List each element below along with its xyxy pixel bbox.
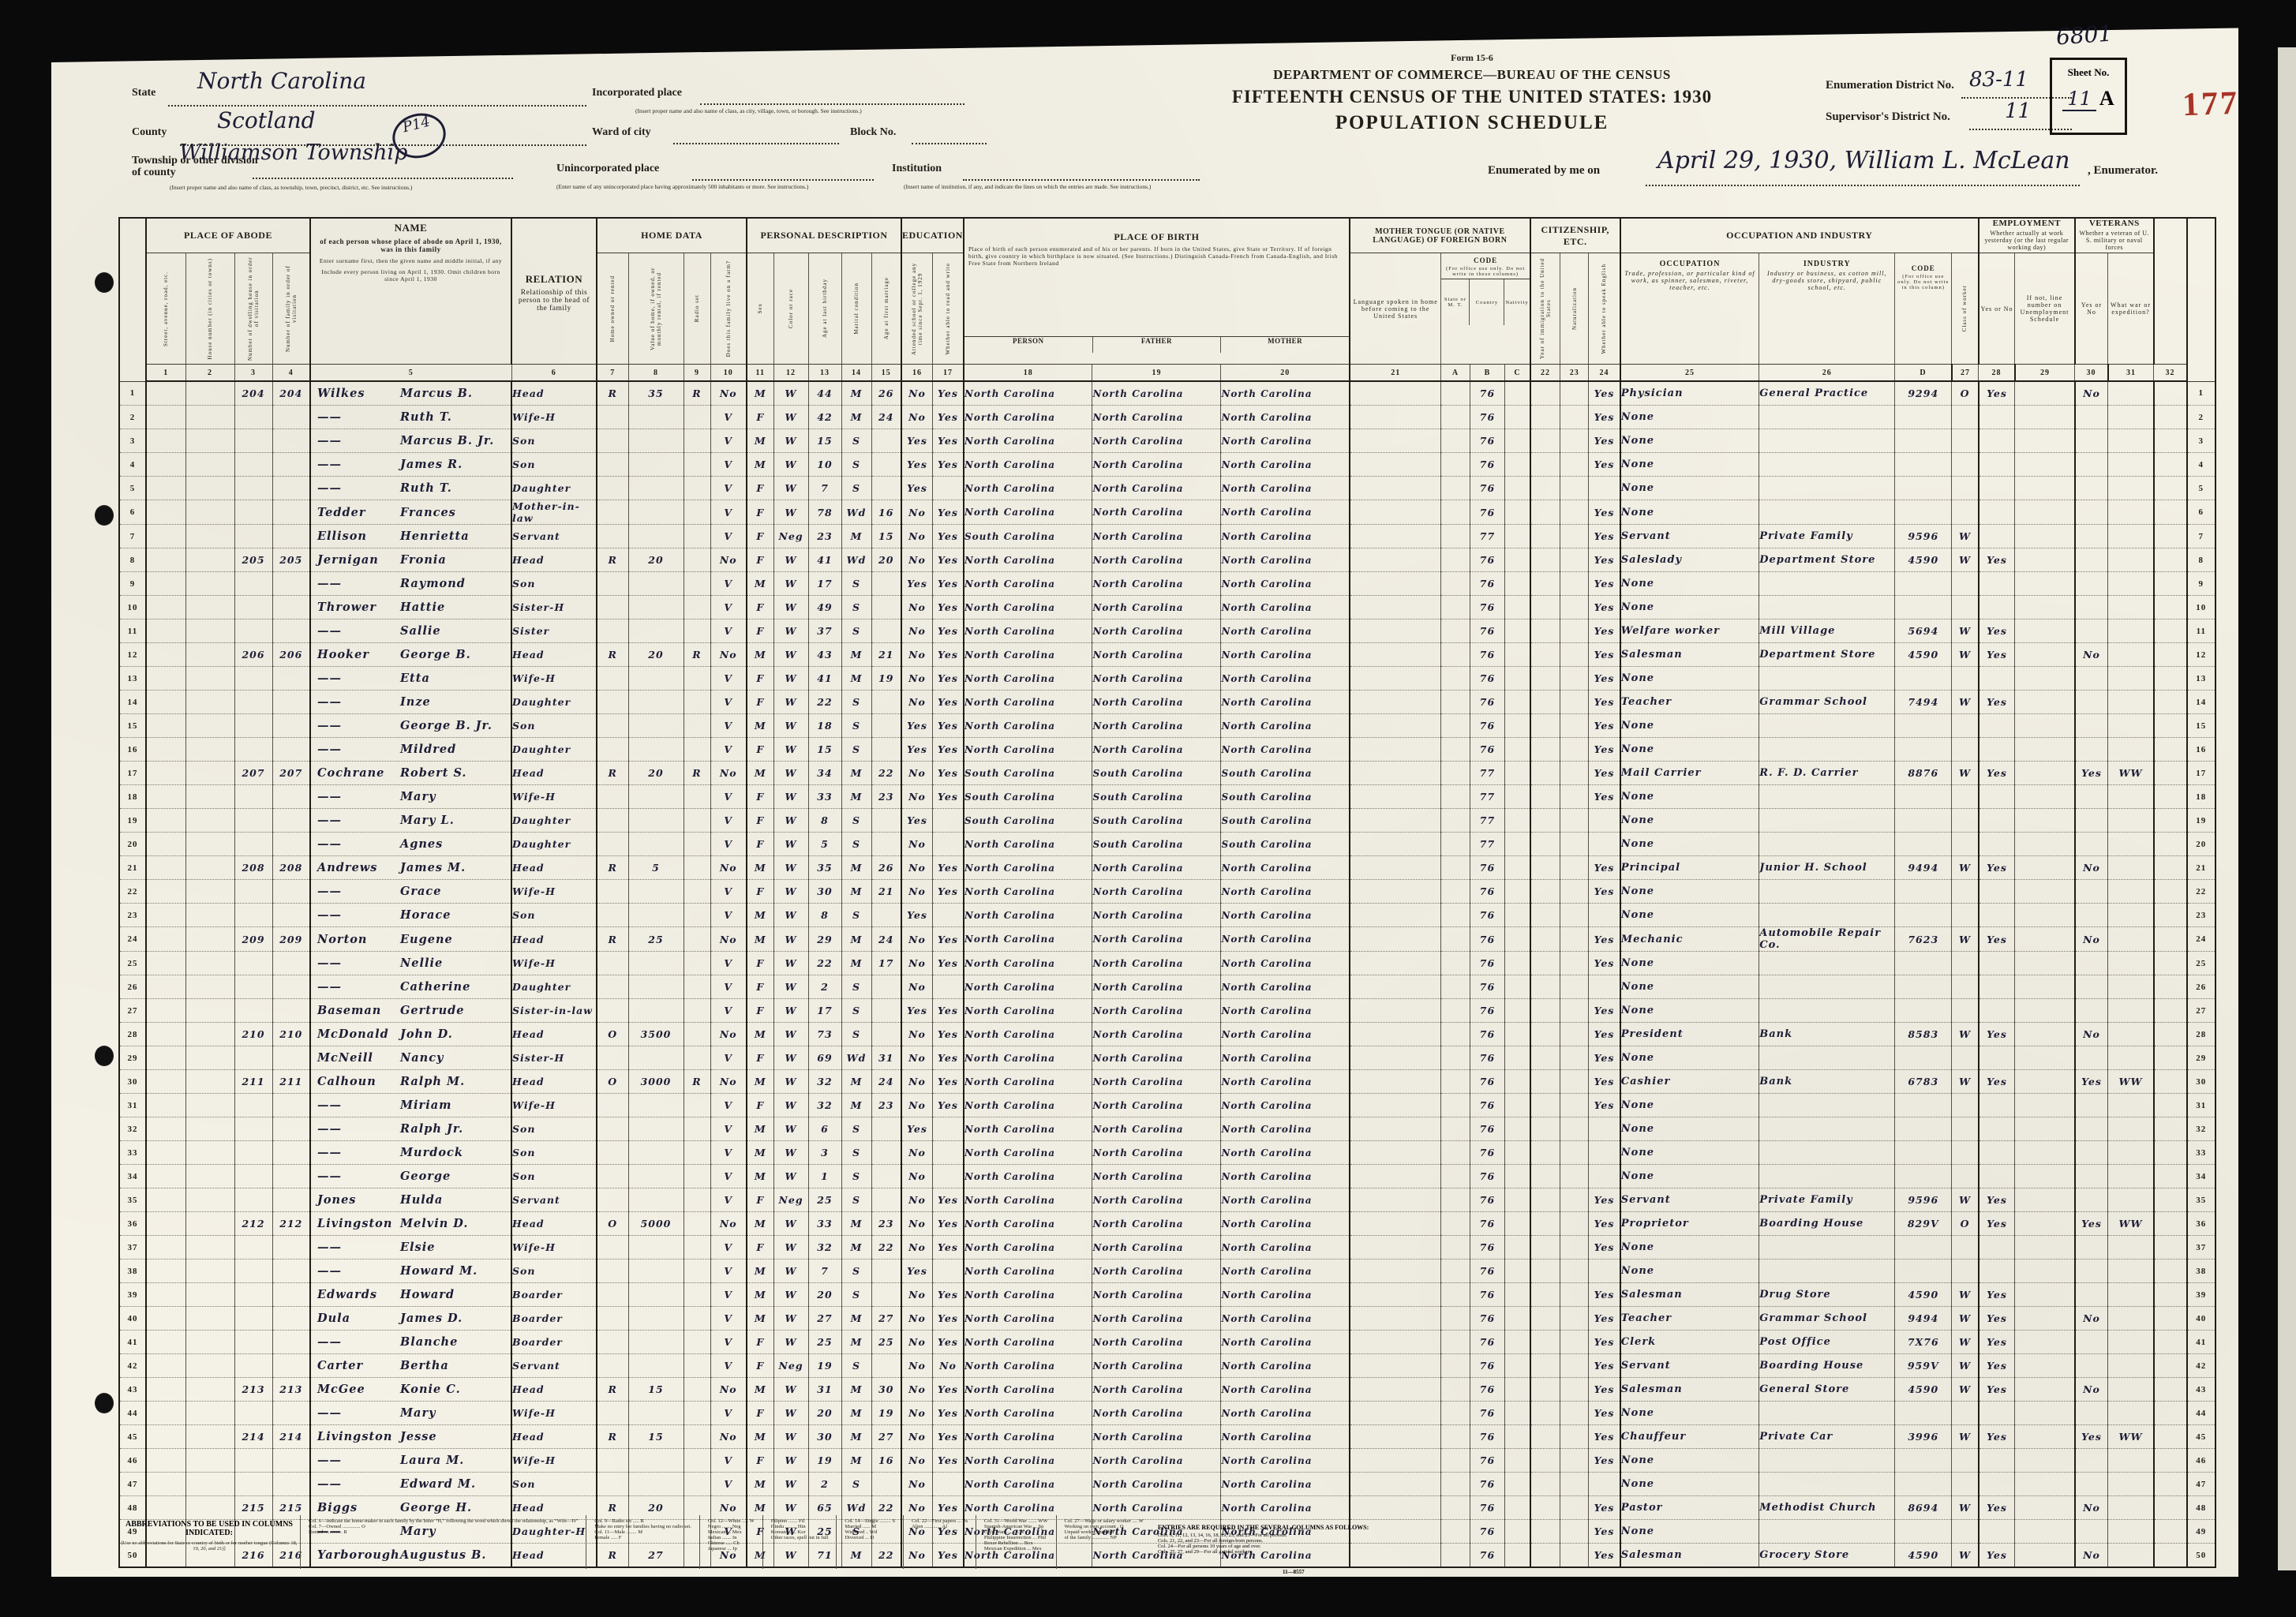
cell: Head [511, 381, 597, 406]
cell [1895, 1117, 1952, 1141]
cell [1979, 738, 2015, 762]
cell: None [1620, 833, 1759, 856]
cell [1530, 596, 1560, 619]
cell: North Carolina [1221, 1141, 1350, 1165]
cell: F [747, 880, 773, 904]
cell [1895, 1141, 1952, 1165]
cell [597, 999, 628, 1023]
cell: 208 [272, 856, 310, 880]
cell: 76 [1470, 572, 1505, 596]
cell [1530, 952, 1560, 975]
cell: Private Family [1759, 525, 1895, 548]
cell [2075, 525, 2108, 548]
cell: North Carolina [964, 572, 1092, 596]
cell: 2 [119, 406, 146, 429]
cell: Mechanic [1620, 927, 1759, 952]
cell: No [2075, 1378, 2108, 1402]
schedule-title: POPULATION SCHEDULE [1077, 112, 1867, 134]
cell: ——Howard M. [310, 1260, 511, 1283]
cell [2075, 1236, 2108, 1260]
cell: 44 [808, 381, 841, 406]
cell: W [773, 1212, 808, 1236]
cell: 7X76 [1895, 1331, 1952, 1354]
cell: North Carolina [1221, 856, 1350, 880]
cell [1895, 572, 1952, 596]
cell [185, 1425, 234, 1449]
cell [2075, 1046, 2108, 1070]
cell [234, 667, 272, 691]
cell: 77 [1470, 833, 1505, 856]
cell: Yes [901, 1260, 932, 1283]
cell: 35 [808, 856, 841, 880]
cell: 27 [119, 999, 146, 1023]
cell [234, 1283, 272, 1307]
cell: Son [511, 1165, 597, 1188]
cell [2015, 1260, 2075, 1283]
cell [1350, 1117, 1441, 1141]
cell [1759, 714, 1895, 738]
cell: 27 [2187, 999, 2215, 1023]
cell: M [747, 453, 773, 477]
cell [185, 429, 234, 453]
cell: Boarder [511, 1307, 597, 1331]
cell [1350, 833, 1441, 856]
cell [1350, 762, 1441, 785]
cell: Wife-H [511, 785, 597, 809]
cell: 9596 [1895, 525, 1952, 548]
cell [684, 856, 710, 880]
cell: None [1620, 1117, 1759, 1141]
cell [628, 500, 684, 525]
cell: 76 [1470, 999, 1505, 1023]
cell: M [747, 1165, 773, 1188]
township-line [253, 177, 513, 179]
cell [1505, 785, 1530, 809]
cell: Wd [841, 1046, 871, 1070]
cell [1560, 1188, 1589, 1212]
cell: North Carolina [1221, 1354, 1350, 1378]
cell: 77 [1470, 762, 1505, 785]
cell [1560, 477, 1589, 500]
cell: No [901, 975, 932, 999]
cell: North Carolina [1092, 714, 1221, 738]
cell: 9494 [1895, 1307, 1952, 1331]
cell [1895, 1165, 1952, 1188]
cell: R [684, 381, 710, 406]
cell: North Carolina [964, 477, 1092, 500]
cell: 37 [2187, 1236, 2215, 1260]
cell: 76 [1470, 1094, 1505, 1117]
cell: 5 [2187, 477, 2215, 500]
column-number: 25 [1620, 365, 1759, 382]
cell: O [1952, 1212, 1979, 1236]
cell: 7 [808, 1260, 841, 1283]
cell [871, 738, 901, 762]
cell: Yes [1589, 1094, 1620, 1117]
cell [1895, 1402, 1952, 1425]
cell [597, 406, 628, 429]
census-row: 13——EttaWife-HVFW41M19NoYesNorth Carolin… [119, 667, 2215, 691]
cell [2015, 1449, 2075, 1473]
cell: 21 [2187, 856, 2215, 880]
cell [2154, 1473, 2187, 1496]
cell [1560, 1141, 1589, 1165]
cell [871, 1023, 901, 1046]
cell: Teacher [1620, 691, 1759, 714]
cell [2108, 1188, 2154, 1212]
cell: No [901, 1188, 932, 1212]
col-naturalization: Naturalization [1560, 253, 1589, 365]
cell [1530, 1023, 1560, 1046]
cell: W [773, 880, 808, 904]
cell [1505, 1307, 1530, 1331]
cell: South Carolina [1092, 785, 1221, 809]
cell: 76 [1470, 453, 1505, 477]
cell: McDonaldJohn D. [310, 1023, 511, 1046]
cell: 73 [808, 1023, 841, 1046]
cell: ——George [310, 1165, 511, 1188]
cell [1560, 1331, 1589, 1354]
cell [1979, 1141, 2015, 1165]
cell: North Carolina [1092, 1378, 1221, 1402]
cell: 16 [871, 1449, 901, 1473]
cell: 10 [808, 453, 841, 477]
cell: S [841, 1283, 871, 1307]
cell: North Carolina [1221, 1425, 1350, 1449]
cell [1952, 1117, 1979, 1141]
cell [2154, 1094, 2187, 1117]
cell [1350, 619, 1441, 643]
cell [597, 1283, 628, 1307]
cell [628, 809, 684, 833]
cell: Daughter [511, 477, 597, 500]
cell: 33 [808, 1212, 841, 1236]
cell [185, 833, 234, 856]
cell: No [2075, 856, 2108, 880]
cell: Yes [932, 1378, 963, 1402]
cell [234, 1449, 272, 1473]
cell: R [597, 856, 628, 880]
cell: 1 [808, 1165, 841, 1188]
cell: North Carolina [1221, 596, 1350, 619]
cell: North Carolina [964, 927, 1092, 952]
cell: None [1620, 406, 1759, 429]
cell: 31 [808, 1378, 841, 1402]
cell: M [747, 1023, 773, 1046]
cell [234, 975, 272, 999]
cell [2108, 927, 2154, 952]
cell [185, 1354, 234, 1378]
cell: S [841, 453, 871, 477]
cell: Yes [1979, 856, 2015, 880]
cell [1350, 667, 1441, 691]
cell [1979, 880, 2015, 904]
cell: 22 [871, 1236, 901, 1260]
census-title: FIFTEENTH CENSUS OF THE UNITED STATES: 1… [1077, 87, 1867, 107]
cell [2075, 453, 2108, 477]
cell: No [901, 1023, 932, 1046]
cell [2015, 572, 2075, 596]
cell: Yes [1589, 525, 1620, 548]
census-row: 24209209NortonEugeneHeadR25NoMW29M24NoYe… [119, 927, 2215, 952]
cell [1759, 406, 1895, 429]
cell [1505, 1425, 1530, 1449]
cell [684, 500, 710, 525]
cell: General Store [1759, 1378, 1895, 1402]
cell: 76 [1470, 880, 1505, 904]
col-age: Age at last birthday [808, 253, 841, 365]
cell: 11 [119, 619, 146, 643]
cell: No [901, 1473, 932, 1496]
cell: North Carolina [1092, 596, 1221, 619]
cell: W [1952, 856, 1979, 880]
cell: F [747, 738, 773, 762]
cell [1759, 429, 1895, 453]
cell: North Carolina [964, 643, 1092, 667]
cell: W [773, 1141, 808, 1165]
cell: 211 [234, 1070, 272, 1094]
cell [1589, 477, 1620, 500]
cell: S [841, 1260, 871, 1283]
cell [2015, 856, 2075, 880]
cell: South Carolina [1221, 809, 1350, 833]
cell [2015, 738, 2075, 762]
cell: 212 [234, 1212, 272, 1236]
cell [1759, 785, 1895, 809]
cell [1589, 1165, 1620, 1188]
cell: 19 [871, 667, 901, 691]
punch-hole [95, 1393, 114, 1413]
cell [628, 691, 684, 714]
cell [684, 596, 710, 619]
cell [1560, 1165, 1589, 1188]
cell [146, 596, 185, 619]
cell [1350, 714, 1441, 738]
cell: 33 [808, 785, 841, 809]
cell: 7 [808, 477, 841, 500]
cell [2075, 1331, 2108, 1354]
census-row: 9——RaymondSonVMW17SYesYesNorth CarolinaN… [119, 572, 2215, 596]
cell: W [1952, 643, 1979, 667]
cell [1441, 1331, 1470, 1354]
cell [597, 1117, 628, 1141]
cell [1560, 643, 1589, 667]
cell: Yes [1589, 1188, 1620, 1212]
cell [1441, 1425, 1470, 1449]
cell [146, 477, 185, 500]
cell [185, 1283, 234, 1307]
cell [597, 1094, 628, 1117]
cell [597, 1402, 628, 1425]
cell [1441, 619, 1470, 643]
group-mother-tongue: MOTHER TONGUE (OR NATIVE LANGUAGE) OF FO… [1350, 218, 1530, 253]
cell: Head [511, 643, 597, 667]
cell: North Carolina [1221, 619, 1350, 643]
cell: None [1620, 809, 1759, 833]
cell [2075, 809, 2108, 833]
cell: M [841, 1236, 871, 1260]
cell [597, 596, 628, 619]
cell: None [1620, 477, 1759, 500]
cell: 76 [1470, 1165, 1505, 1188]
cell: Wife-H [511, 1094, 597, 1117]
cell: S [841, 596, 871, 619]
cell: WW [2108, 1070, 2154, 1094]
cell [597, 429, 628, 453]
cell: Welfare worker [1620, 619, 1759, 643]
cell: Boarder [511, 1283, 597, 1307]
cell [2108, 1473, 2154, 1496]
cell: 76 [1470, 904, 1505, 927]
cell: 76 [1470, 643, 1505, 667]
cell: Yes [1979, 1307, 2015, 1331]
col-dwelling-number: Number of dwelling house in order of vis… [234, 253, 272, 365]
cell: Yes [932, 453, 963, 477]
cell [2108, 952, 2154, 975]
cell: Yes [901, 572, 932, 596]
cell [2015, 1212, 2075, 1236]
cell [1979, 904, 2015, 927]
cell [1952, 1165, 1979, 1188]
cell: 25 [808, 1188, 841, 1212]
cell [871, 833, 901, 856]
cell [1952, 833, 1979, 856]
cell [2075, 1094, 2108, 1117]
cell [684, 1165, 710, 1188]
cell: ThrowerHattie [310, 596, 511, 619]
cell: McGeeKonie C. [310, 1378, 511, 1402]
col-occupation: OCCUPATION Trade, profession, or particu… [1620, 253, 1759, 365]
cell: No [710, 1378, 747, 1402]
cell [597, 667, 628, 691]
cell: Yes [1589, 1212, 1620, 1236]
cell [1895, 1473, 1952, 1496]
cell [234, 1165, 272, 1188]
cell: None [1620, 1260, 1759, 1283]
cell: Yes [1589, 1070, 1620, 1094]
cell [1505, 1331, 1530, 1354]
cell: North Carolina [1221, 927, 1350, 952]
cell [2154, 572, 2187, 596]
cell [628, 1473, 684, 1496]
column-number: 1 [146, 365, 185, 382]
cell: V [710, 999, 747, 1023]
cell: Yes [1589, 643, 1620, 667]
cell: M [747, 643, 773, 667]
cell: North Carolina [964, 1260, 1092, 1283]
cell [1979, 1094, 2015, 1117]
cell [2015, 453, 2075, 477]
cell [1979, 1260, 2015, 1283]
cell: North Carolina [1092, 1094, 1221, 1117]
cell [2015, 1094, 2075, 1117]
cell: Sister-H [511, 1046, 597, 1070]
cell [1505, 1117, 1530, 1141]
cell [871, 975, 901, 999]
cell [628, 619, 684, 643]
cell [1952, 1141, 1979, 1165]
cell: 30 [871, 1378, 901, 1402]
cell [932, 1117, 963, 1141]
cell: Daughter [511, 738, 597, 762]
cell [2154, 1425, 2187, 1449]
cell [1560, 1212, 1589, 1236]
cell: North Carolina [1092, 952, 1221, 975]
cell [597, 880, 628, 904]
cell: M [841, 1212, 871, 1236]
cell: F [747, 1402, 773, 1425]
line-number-column-right [2187, 218, 2215, 381]
cell [1560, 714, 1589, 738]
cell: No [2075, 381, 2108, 406]
cell [1560, 880, 1589, 904]
cell: 11 [2187, 619, 2215, 643]
cell [2015, 1307, 2075, 1331]
column-number: 24 [1589, 365, 1620, 382]
cell [1530, 1449, 1560, 1473]
cell: 76 [1470, 1449, 1505, 1473]
cell: Yes [1589, 572, 1620, 596]
cell [2108, 999, 2154, 1023]
cell [1350, 406, 1441, 429]
cell [1505, 1094, 1530, 1117]
cell [2154, 1260, 2187, 1283]
col-year-immigration: Year of immigration to the United States [1530, 253, 1560, 365]
cell: President [1620, 1023, 1759, 1046]
cell: W [773, 429, 808, 453]
cell: S [841, 975, 871, 999]
cell [1560, 952, 1589, 975]
cell: Yes [1979, 1425, 2015, 1449]
cell: F [747, 406, 773, 429]
cell: 214 [272, 1425, 310, 1449]
abbreviation-block: Col. 9—Radio set ..... R Make no entry f… [586, 1515, 699, 1569]
cell: Yes [1589, 714, 1620, 738]
cell: Yes [932, 714, 963, 738]
census-row: 29McNeillNancySister-HVFW69Wd31NoYesNort… [119, 1046, 2215, 1070]
cell [1759, 1046, 1895, 1070]
census-row: 37——ElsieWife-HVFW32M22NoYesNorth Caroli… [119, 1236, 2215, 1260]
cell [2154, 975, 2187, 999]
cell: F [747, 1449, 773, 1473]
entries-required: ENTRIES ARE REQUIRED IN THE SEVERAL COLU… [1152, 1515, 1375, 1560]
cell: Yes [932, 525, 963, 548]
cell [628, 525, 684, 548]
cell: 45 [2187, 1425, 2215, 1449]
column-number: D [1895, 365, 1952, 382]
cell: Daughter [511, 691, 597, 714]
cell [597, 500, 628, 525]
cell [628, 1165, 684, 1188]
cell: 32 [808, 1236, 841, 1260]
cell: Head [511, 1023, 597, 1046]
cell [272, 1188, 310, 1212]
cell: Yes [901, 904, 932, 927]
cell: M [747, 762, 773, 785]
cell [1895, 1094, 1952, 1117]
cell: None [1620, 1449, 1759, 1473]
cell [234, 1473, 272, 1496]
cell [2015, 643, 2075, 667]
group-place-of-abode: PLACE OF ABODE [146, 218, 310, 253]
cell: 22 [871, 762, 901, 785]
cell: 10 [2187, 596, 2215, 619]
cell: W [773, 1023, 808, 1046]
cell [2075, 1283, 2108, 1307]
cell: W [773, 619, 808, 643]
cell [1530, 927, 1560, 952]
cell [2154, 1307, 2187, 1331]
